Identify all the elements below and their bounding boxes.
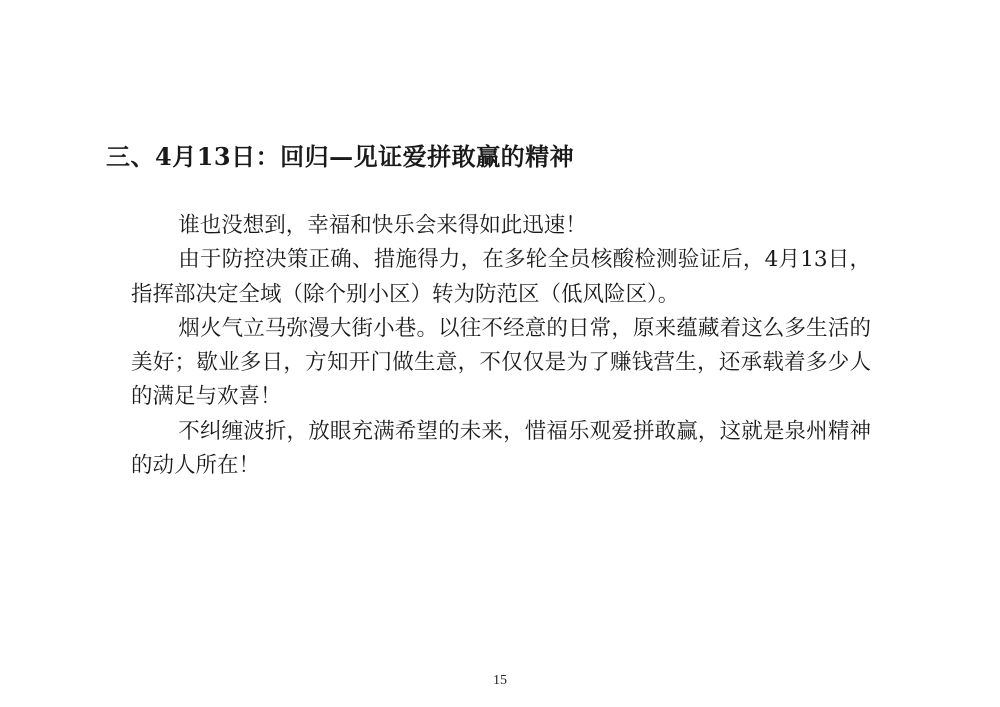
paragraph: 谁也没想到，幸福和快乐会来得如此迅速！ [131,209,871,243]
paragraph: 由于防控决策正确、措施得力，在多轮全员核酸检测验证后，4月13日，指挥部决定全域… [131,243,871,312]
page-number: 15 [0,673,1000,689]
body-text: 谁也没想到，幸福和快乐会来得如此迅速！ 由于防控决策正确、措施得力，在多轮全员核… [131,209,871,483]
paragraph: 不纠缠波折，放眼充满希望的未来，惜福乐观爱拼敢赢，这就是泉州精神的动人所在！ [131,415,871,484]
paragraph: 烟火气立马弥漫大街小巷。以往不经意的日常，原来蕴藏着这么多生活的美好；歇业多日，… [131,312,871,415]
section-heading: 三、4月13日：回归—见证爱拼敢赢的精神 [106,140,574,174]
